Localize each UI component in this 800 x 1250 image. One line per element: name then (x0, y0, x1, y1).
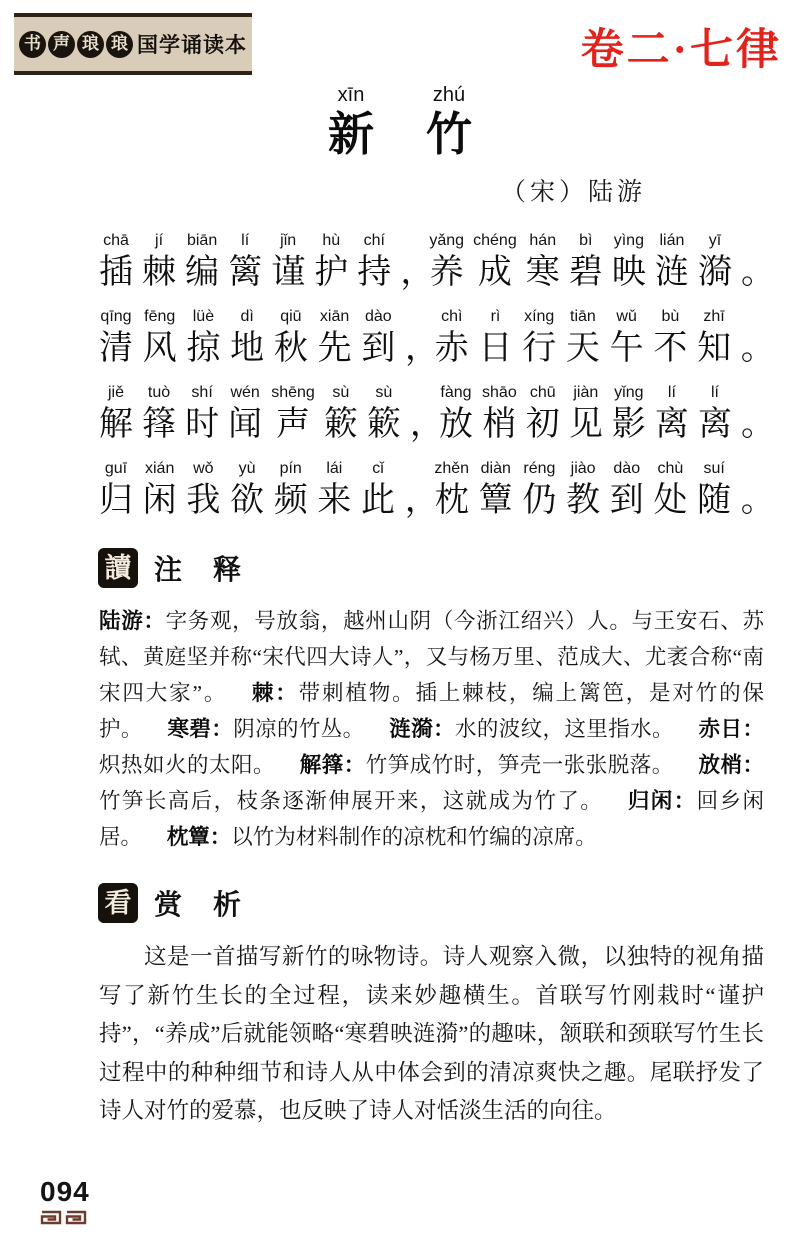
pinyin: yù (239, 457, 256, 480)
pinyin: sù (375, 381, 392, 404)
title-pinyin: zhú (433, 84, 465, 106)
pinyin: dào (365, 305, 392, 328)
poem-char: lí离 (698, 381, 732, 446)
pinyin: chā (103, 229, 129, 252)
poem-char: jí棘 (142, 229, 176, 294)
poem-char: fàng放 (439, 381, 473, 446)
note-definition: 炽热如火的太阳。 (99, 753, 275, 777)
poem-char: réng仍 (522, 457, 556, 522)
poem-char: jiào教 (566, 457, 600, 522)
pinyin: chéng (473, 229, 517, 252)
poem-char: fēng风 (143, 305, 177, 370)
hanzi: 此 (361, 480, 395, 522)
view-seal-icon: 看 (99, 884, 137, 922)
hanzi: 地 (230, 328, 264, 370)
pinyin: lián (659, 229, 684, 252)
pinyin: zhī (703, 305, 724, 328)
note-term: 赤日： (699, 717, 764, 741)
pinyin: sù (332, 381, 349, 404)
hanzi: 离 (655, 404, 689, 446)
pinyin: suí (703, 457, 724, 480)
hanzi: 簟 (479, 480, 513, 522)
pinyin: jiàn (573, 381, 598, 404)
poem-char: zhěn枕 (434, 457, 469, 522)
pinyin: diàn (481, 457, 511, 480)
hanzi: 枕 (435, 480, 469, 522)
poem-title: xīn 新 zhú 竹 (0, 84, 800, 164)
pinyin: qiū (280, 305, 301, 328)
poem-char: wǔ午 (610, 305, 644, 370)
poem-line: jiě解tuò箨shí时wén闻shēng声sù簌sù簌，fàng放shāo梢c… (99, 379, 761, 446)
poem-char: sù簌 (324, 381, 358, 446)
pinyin: dào (613, 457, 640, 480)
pinyin: lí (668, 381, 676, 404)
note-definition: 水的波纹，这里指水。 (455, 717, 674, 741)
notes-body: 陆游：字务观，号放翁，越州山阴（今浙江绍兴）人。与王安石、苏轼、黄庭坚并称“宋代… (99, 603, 764, 855)
volume-label: 卷二·七律 (581, 16, 782, 77)
title-hanzi: 新 (328, 106, 374, 164)
pinyin: wǒ (193, 457, 213, 480)
hanzi: 来 (317, 480, 351, 522)
poem-char: chù处 (653, 457, 687, 522)
hanzi: 。 (741, 328, 761, 370)
poem-char: wǒ我 (186, 457, 220, 522)
hanzi: 。 (741, 480, 761, 522)
poem-punctuation: ， (405, 305, 425, 370)
hanzi: 行 (522, 328, 556, 370)
pinyin: lüè (193, 305, 214, 328)
poem-char: chì赤 (435, 305, 469, 370)
poem-char: tiān天 (566, 305, 600, 370)
pinyin: shí (191, 381, 212, 404)
hanzi: 风 (143, 328, 177, 370)
hanzi: 簌 (367, 404, 401, 446)
hanzi: 处 (653, 480, 687, 522)
hanzi: 先 (318, 328, 352, 370)
note-term: 涟漪： (389, 717, 455, 741)
pinyin: jiào (571, 457, 596, 480)
poem-char: xián闲 (143, 457, 177, 522)
page-number: 094 (40, 1178, 90, 1206)
poem-char: wén闻 (228, 381, 262, 446)
hanzi: 时 (185, 404, 219, 446)
pinyin: dì (240, 305, 253, 328)
hanzi: 我 (186, 480, 220, 522)
poem-char: dào到 (610, 457, 644, 522)
poem-char: chéng成 (473, 229, 517, 294)
hanzi: 篱 (228, 252, 262, 294)
poem-char: rì日 (478, 305, 512, 370)
note-item: 枕簟：以竹为材料制作的凉枕和竹编的凉席。 (167, 825, 597, 849)
greek-key-icon (65, 1210, 87, 1225)
series-title: 国学诵读本 (137, 29, 247, 59)
logo-seal-icon: 琅 (77, 31, 104, 58)
hanzi: 涟 (655, 252, 689, 294)
poem-char: yìng映 (612, 229, 646, 294)
poem-char: bù不 (653, 305, 687, 370)
pinyin: cǐ (372, 457, 384, 480)
poem-char: guī归 (99, 457, 133, 522)
poem-char: shēng声 (271, 381, 315, 446)
note-definition: 竹笋成竹时，笋壳一张张脱落。 (366, 753, 674, 777)
poem-line: chā插jí棘biān编lí篱jǐn谨hù护chí持，yǎng养chéng成há… (99, 227, 761, 294)
pinyin: guī (105, 457, 127, 480)
poem-lines: chā插jí棘biān编lí篱jǐn谨hù护chí持，yǎng养chéng成há… (99, 227, 761, 531)
pinyin: chū (530, 381, 556, 404)
pinyin: tuò (148, 381, 170, 404)
pinyin: lí (241, 229, 249, 252)
note-definition: 竹笋长高后，枝条逐渐伸展开来，这就成为竹了。 (99, 789, 603, 813)
hanzi: 谨 (271, 252, 305, 294)
poem-char: jiě解 (99, 381, 133, 446)
title-char: zhú 竹 (426, 84, 472, 164)
hanzi: 闻 (228, 404, 262, 446)
poem-char: lí篱 (228, 229, 262, 294)
note-definition: 以竹为材料制作的凉枕和竹编的凉席。 (231, 825, 597, 849)
hanzi: 清 (99, 328, 133, 370)
note-definition: 阴凉的竹丛。 (233, 717, 364, 741)
poem-char: qiū秋 (274, 305, 308, 370)
poem-char: suí随 (697, 457, 731, 522)
poem-line: qīng清fēng风lüè掠dì地qiū秋xiān先dào到，chì赤rì日xí… (99, 303, 761, 370)
hanzi: 仍 (522, 480, 556, 522)
poem-punctuation: ， (405, 457, 425, 522)
pinyin: shāo (482, 381, 517, 404)
pinyin: wǔ (616, 305, 636, 328)
note-term: 枕簟： (167, 825, 232, 849)
hanzi: 离 (698, 404, 732, 446)
poem-punctuation: 。 (741, 381, 761, 446)
poem-char: shí时 (185, 381, 219, 446)
poem-char: lián涟 (655, 229, 689, 294)
poem-char: chā插 (99, 229, 133, 294)
pinyin: jiě (108, 381, 124, 404)
hanzi: 护 (314, 252, 348, 294)
hanzi: 箨 (142, 404, 176, 446)
poem-char: shāo梢 (482, 381, 517, 446)
pinyin: zhěn (434, 457, 469, 480)
notes-header: 讀 注 释 (99, 548, 253, 588)
pinyin: yī (709, 229, 721, 252)
poem-char: dì地 (230, 305, 264, 370)
hanzi: 编 (185, 252, 219, 294)
hanzi: 映 (612, 252, 646, 294)
pinyin: wén (230, 381, 259, 404)
poem-char: lí离 (655, 381, 689, 446)
hanzi: 午 (610, 328, 644, 370)
analysis-header: 看 赏 析 (99, 883, 253, 923)
pinyin: jǐn (280, 229, 296, 252)
footer-ornaments (40, 1210, 87, 1225)
pinyin: rì (491, 305, 501, 328)
pinyin: yìng (614, 229, 644, 252)
hanzi: 到 (361, 328, 395, 370)
hanzi: ， (405, 480, 425, 522)
hanzi: 日 (478, 328, 512, 370)
hanzi: 棘 (142, 252, 176, 294)
note-item: 解箨：竹笋成竹时，笋壳一张张脱落。 (300, 753, 674, 777)
logo-seal-icon: 声 (48, 31, 75, 58)
pinyin: lái (326, 457, 342, 480)
hanzi: 寒 (526, 252, 560, 294)
hanzi: 解 (99, 404, 133, 446)
poem-char: sù簌 (367, 381, 401, 446)
pinyin: xíng (524, 305, 554, 328)
brand-banner: 书 声 琅 琅 国学诵读本 (14, 13, 246, 75)
pinyin: yǎng (429, 229, 464, 252)
book-page: 书 声 琅 琅 国学诵读本 卷二·七律 xīn 新 zhú 竹 （宋）陆游 ch… (0, 0, 800, 1250)
poem-char: lái来 (317, 457, 351, 522)
hanzi: 初 (526, 404, 560, 446)
pinyin: bù (661, 305, 679, 328)
poem-line: guī归xián闲wǒ我yù欲pín频lái来cǐ此，zhěn枕diàn簟rén… (99, 455, 761, 522)
poem-char: yǐng影 (612, 381, 646, 446)
pinyin: bì (579, 229, 592, 252)
title-pinyin: xīn (338, 84, 365, 106)
pinyin: chì (441, 305, 462, 328)
note-term: 陆游： (99, 609, 166, 633)
note-term: 放梢： (698, 753, 764, 777)
read-seal-icon: 讀 (99, 549, 137, 587)
note-item: 涟漪：水的波纹，这里指水。 (389, 717, 674, 741)
title-char: xīn 新 (328, 84, 374, 164)
banner-panel: 书 声 琅 琅 国学诵读本 (14, 13, 252, 75)
hanzi: 随 (697, 480, 731, 522)
poem-char: hù护 (314, 229, 348, 294)
poem-punctuation: ， (400, 229, 420, 294)
hanzi: 插 (99, 252, 133, 294)
pinyin: fēng (144, 305, 175, 328)
poem-char: diàn簟 (479, 457, 513, 522)
hanzi: 簌 (324, 404, 358, 446)
hanzi: ， (405, 328, 425, 370)
poem-author: （宋）陆游 (501, 172, 646, 208)
hanzi: 掠 (186, 328, 220, 370)
hanzi: ， (410, 404, 430, 446)
analysis-heading: 赏 析 (154, 883, 253, 923)
poem-char: pín频 (274, 457, 308, 522)
hanzi: 成 (478, 252, 512, 294)
hanzi: 放 (439, 404, 473, 446)
hanzi: 。 (741, 252, 761, 294)
poem-char: chí持 (357, 229, 391, 294)
hanzi: 声 (276, 404, 310, 446)
hanzi: 赤 (435, 328, 469, 370)
note-term: 寒碧： (168, 717, 234, 741)
poem-char: zhī知 (697, 305, 731, 370)
poem-char: bì碧 (569, 229, 603, 294)
hanzi: 漪 (698, 252, 732, 294)
pinyin: jí (155, 229, 163, 252)
hanzi: 持 (357, 252, 391, 294)
hanzi: 归 (99, 480, 133, 522)
hanzi: 频 (274, 480, 308, 522)
poem-char: hán寒 (526, 229, 560, 294)
analysis-text: 这是一首描写新竹的咏物诗。诗人观察入微，以独特的视角描写了新竹生长的全过程，读来… (99, 938, 764, 1131)
hanzi: 见 (569, 404, 603, 446)
hanzi: 养 (430, 252, 464, 294)
poem-char: jiàn见 (569, 381, 603, 446)
poem-char: chū初 (526, 381, 560, 446)
hanzi: 教 (566, 480, 600, 522)
poem-char: qīng清 (99, 305, 133, 370)
pinyin: xián (145, 457, 174, 480)
pinyin: réng (523, 457, 555, 480)
poem-char: yù欲 (230, 457, 264, 522)
poem-char: yǎng养 (429, 229, 464, 294)
poem-char: cǐ此 (361, 457, 395, 522)
poem-char: xiān先 (318, 305, 352, 370)
poem-punctuation: ， (410, 381, 430, 446)
pinyin: hù (322, 229, 340, 252)
poem-char: lüè掠 (186, 305, 220, 370)
poem-char: jǐn谨 (271, 229, 305, 294)
note-term: 归闲： (628, 789, 697, 813)
hanzi: 碧 (569, 252, 603, 294)
logo-seal-icon: 书 (19, 31, 46, 58)
hanzi: 欲 (230, 480, 264, 522)
pinyin: yǐng (614, 381, 643, 404)
pinyin: shēng (271, 381, 315, 404)
pinyin: hán (529, 229, 556, 252)
pinyin: tiān (570, 305, 596, 328)
note-term: 棘： (252, 681, 299, 705)
pinyin: biān (187, 229, 217, 252)
poem-punctuation: 。 (741, 305, 761, 370)
poem-punctuation: 。 (741, 229, 761, 294)
hanzi: 秋 (274, 328, 308, 370)
hanzi: 梢 (482, 404, 516, 446)
hanzi: 天 (566, 328, 600, 370)
pinyin: xiān (320, 305, 349, 328)
poem-char: dào到 (361, 305, 395, 370)
hanzi: 不 (653, 328, 687, 370)
hanzi: 到 (610, 480, 644, 522)
poem-char: yī漪 (698, 229, 732, 294)
pinyin: pín (280, 457, 302, 480)
poem-char: biān编 (185, 229, 219, 294)
hanzi: 影 (612, 404, 646, 446)
pinyin: chù (658, 457, 684, 480)
pinyin: qīng (100, 305, 131, 328)
hanzi: ， (400, 252, 420, 294)
greek-key-icon (40, 1210, 62, 1225)
pinyin: fàng (440, 381, 471, 404)
hanzi: 知 (697, 328, 731, 370)
hanzi: 。 (741, 404, 761, 446)
title-hanzi: 竹 (426, 106, 472, 164)
notes-heading: 注 释 (154, 548, 253, 588)
pinyin: lí (711, 381, 719, 404)
pinyin: chí (364, 229, 385, 252)
logo-seal-icon: 琅 (106, 31, 133, 58)
note-term: 解箨： (300, 753, 366, 777)
poem-char: xíng行 (522, 305, 556, 370)
poem-char: tuò箨 (142, 381, 176, 446)
note-item: 寒碧：阴凉的竹丛。 (168, 717, 365, 741)
poem-punctuation: 。 (741, 457, 761, 522)
hanzi: 闲 (143, 480, 177, 522)
